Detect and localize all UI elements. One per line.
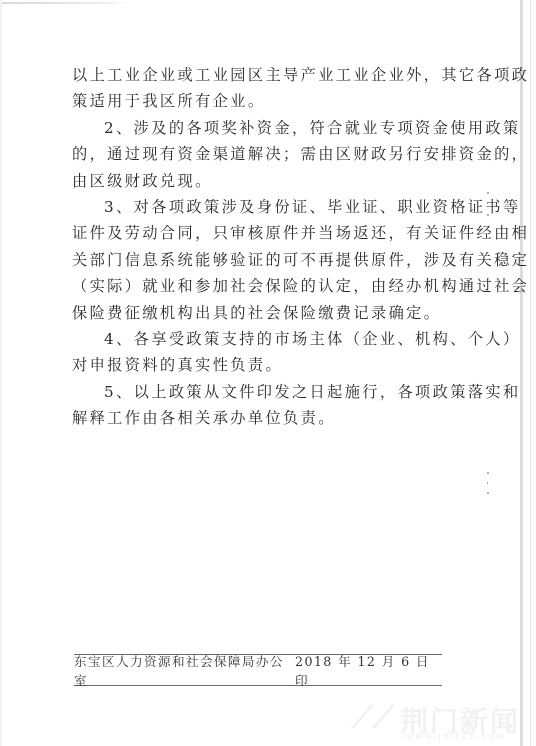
paragraph-intro-continuation: 以上工业企业或工业园区主导产业工业企业外，其它各项政 策适用于我区所有企业。 xyxy=(72,62,472,115)
scan-left-shadow xyxy=(0,0,2,746)
scan-right-edge xyxy=(520,0,523,746)
text-line: 的，通过现有资金渠道解决；需由区财政另行安排资金的， xyxy=(72,141,472,167)
speck xyxy=(487,492,489,494)
print-date: 2018 年 12 月 6 日印 xyxy=(295,651,442,689)
text-line: 策适用于我区所有企业。 xyxy=(72,88,472,114)
text-line: 4、各享受政策支持的市场主体（企业、机构、个人） xyxy=(72,326,472,352)
text-line: 关部门信息系统能够验证的可不再提供原件，涉及有关稳定 xyxy=(72,247,472,273)
issuer-name: 东宝区人力资源和社会保障局办公室 xyxy=(74,651,295,689)
text-line: 由区级财政兑现。 xyxy=(72,168,472,194)
watermark-logo-icon: ⟋⟋ xyxy=(352,700,394,735)
text-line: 解释工作由各相关承办单位负责。 xyxy=(72,405,472,431)
text-line: （实际）就业和参加社会保险的认定，由经办机构通过社会 xyxy=(72,273,472,299)
text-line: 证件及劳动合同，只审核原件并当场返还，有关证件经由相 xyxy=(72,220,472,246)
document-page: 以上工业企业或工业园区主导产业工业企业外，其它各项政 策适用于我区所有企业。 2… xyxy=(0,0,536,746)
document-body: 以上工业企业或工业园区主导产业工业企业外，其它各项政 策适用于我区所有企业。 2… xyxy=(72,62,472,432)
text-line: 5、以上政策从文件印发之日起施行，各项政策落实和 xyxy=(72,379,472,405)
scan-specks-lower xyxy=(487,472,490,502)
speck xyxy=(487,482,488,484)
scan-top-shadow xyxy=(0,2,130,4)
watermark-url: www.jm115.com xyxy=(406,732,507,742)
scan-right-edge-line xyxy=(530,0,531,746)
watermark-text: 荆门新闻 xyxy=(400,700,520,740)
paragraph-item-2: 2、涉及的各项奖补资金，符合就业专项资金使用政策 的，通过现有资金渠道解决；需由… xyxy=(72,115,472,194)
footer-row: 东宝区人力资源和社会保障局办公室 2018 年 12 月 6 日印 xyxy=(74,655,442,685)
text-line: 以上工业企业或工业园区主导产业工业企业外，其它各项政 xyxy=(72,62,472,88)
watermark: ⟋⟋ 荆门新闻 www.jm115.com xyxy=(352,700,522,744)
speck xyxy=(487,472,489,474)
document-footer: 东宝区人力资源和社会保障局办公室 2018 年 12 月 6 日印 xyxy=(74,654,442,686)
paragraph-item-3: 3、对各项政策涉及身份证、毕业证、职业资格证书等 证件及劳动合同，只审核原件并当… xyxy=(72,194,472,326)
text-line: 保险费征缴机构出具的社会保险缴费记录确定。 xyxy=(72,300,472,326)
paragraph-item-4: 4、各享受政策支持的市场主体（企业、机构、个人） 对申报资料的真实性负责。 xyxy=(72,326,472,379)
text-line: 3、对各项政策涉及身份证、毕业证、职业资格证书等 xyxy=(72,194,472,220)
paragraph-item-5: 5、以上政策从文件印发之日起施行，各项政策落实和 解释工作由各相关承办单位负责。 xyxy=(72,379,472,432)
text-line: 2、涉及的各项奖补资金，符合就业专项资金使用政策 xyxy=(72,115,472,141)
text-line: 对申报资料的真实性负责。 xyxy=(72,352,472,378)
